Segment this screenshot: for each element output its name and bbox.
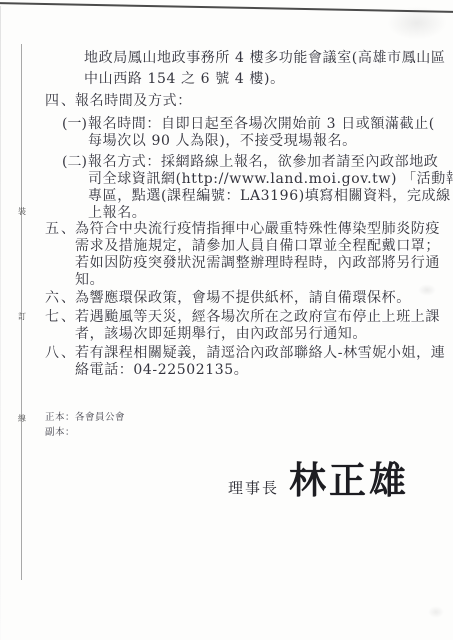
original-copy-line: 正本：各會員公會 xyxy=(45,410,125,425)
signer-title: 理事長 xyxy=(228,477,279,498)
text-line: 若如因防疫突發狀況需調整辦理時程時，內政部將另行通 xyxy=(75,255,440,272)
duplicate-copy-line: 副本： xyxy=(45,425,125,440)
text-line: 需求及措施規定，請參加人員自備口罩並全程配戴口罩； xyxy=(75,238,440,255)
text-line: 為響應環保政策，會場不提供紙杯，請自備環保杯。 xyxy=(75,290,411,307)
text-line: 若遇颱風等天災，經各場次所在之政府宣布停止上班上課 xyxy=(75,309,440,326)
text-line: 上報名。 xyxy=(88,205,453,222)
signer-name: 林正雄 xyxy=(289,450,409,504)
distribution-list: 正本：各會員公會 副本： xyxy=(45,410,125,440)
venue-address-continuation: 地政局鳳山地政事務所 4 樓多功能會議室(高雄市鳳山區 中山西路 154 之 6… xyxy=(84,48,445,90)
scan-edge-top xyxy=(0,2,453,13)
binding-mark-xian: 線 xyxy=(15,414,29,423)
text-line: 司全球資訊網(http://www.land.moi.gov.tw) 「活動報名… xyxy=(88,171,453,188)
scan-edge-left xyxy=(0,6,1,640)
item-number-6: 六、 xyxy=(45,290,77,307)
list-item-5: 五、 為符合中央流行疫情指揮中心嚴重特殊性傳染型肺炎防疫 需求及措施規定，請參加… xyxy=(45,221,440,289)
list-item-4: 四、 報名時間及方式： xyxy=(45,93,192,110)
list-item-7: 七、 若遇颱風等天災，經各場次所在之政府宣布停止上班上課 者，該場次即延期舉行，… xyxy=(45,309,440,343)
text-line: 絡電話：04-22502135。 xyxy=(75,362,445,379)
binding-mark-ding: 訂 xyxy=(15,312,29,321)
item-number-7: 七、 xyxy=(45,309,77,326)
list-item-8: 八、 若有課程相關疑義，請逕洽內政部聯絡人-林雪妮小姐，連 絡電話：04-225… xyxy=(45,345,445,379)
text-line: 報名時間：自即日起至各場次開始前 3 日或額滿截止( xyxy=(88,116,435,133)
item-number-4: 四、 xyxy=(45,93,77,110)
item-number-8: 八、 xyxy=(45,345,77,362)
sub-item-1: (一) 報名時間：自即日起至各場次開始前 3 日或額滿截止( 每場次以 90 人… xyxy=(62,116,435,150)
scanned-document-page: 裝 訂 線 地政局鳳山地政事務所 4 樓多功能會議室(高雄市鳳山區 中山西路 1… xyxy=(0,0,453,640)
text-line: 中山西路 154 之 6 號 4 樓)。 xyxy=(84,69,445,90)
text-line: 報名時間及方式： xyxy=(75,93,192,110)
text-line: 若有課程相關疑義，請逕洽內政部聯絡人-林雪妮小姐，連 xyxy=(75,345,445,362)
signature-block: 理事長 林正雄 xyxy=(228,450,409,504)
text-line: 每場次以 90 人為限)，不接受現場報名。 xyxy=(88,133,435,150)
sub-item-number-2: (二) xyxy=(62,154,87,171)
item-number-5: 五、 xyxy=(45,221,77,238)
text-line: 地政局鳳山地政事務所 4 樓多功能會議室(高雄市鳳山區 xyxy=(84,48,445,69)
text-line: 專區，點選(課程編號：LA3196)填寫相關資料，完成線 xyxy=(88,188,453,205)
text-line: 為符合中央流行疫情指揮中心嚴重特殊性傳染型肺炎防疫 xyxy=(75,221,440,238)
text-line: 知。 xyxy=(75,272,440,289)
text-line: 者，該場次即延期舉行，由內政部另行通知。 xyxy=(75,326,440,343)
text-line: 報名方式：採網路線上報名，欲參加者請至內政部地政 xyxy=(88,154,453,171)
sub-item-number-1: (一) xyxy=(62,116,87,133)
sub-item-2: (二) 報名方式：採網路線上報名，欲參加者請至內政部地政 司全球資訊網(http… xyxy=(62,154,453,222)
list-item-6: 六、 為響應環保政策，會場不提供紙杯，請自備環保杯。 xyxy=(45,290,411,307)
binding-mark-zhuang: 裝 xyxy=(15,207,29,216)
scan-smudge xyxy=(428,606,444,618)
